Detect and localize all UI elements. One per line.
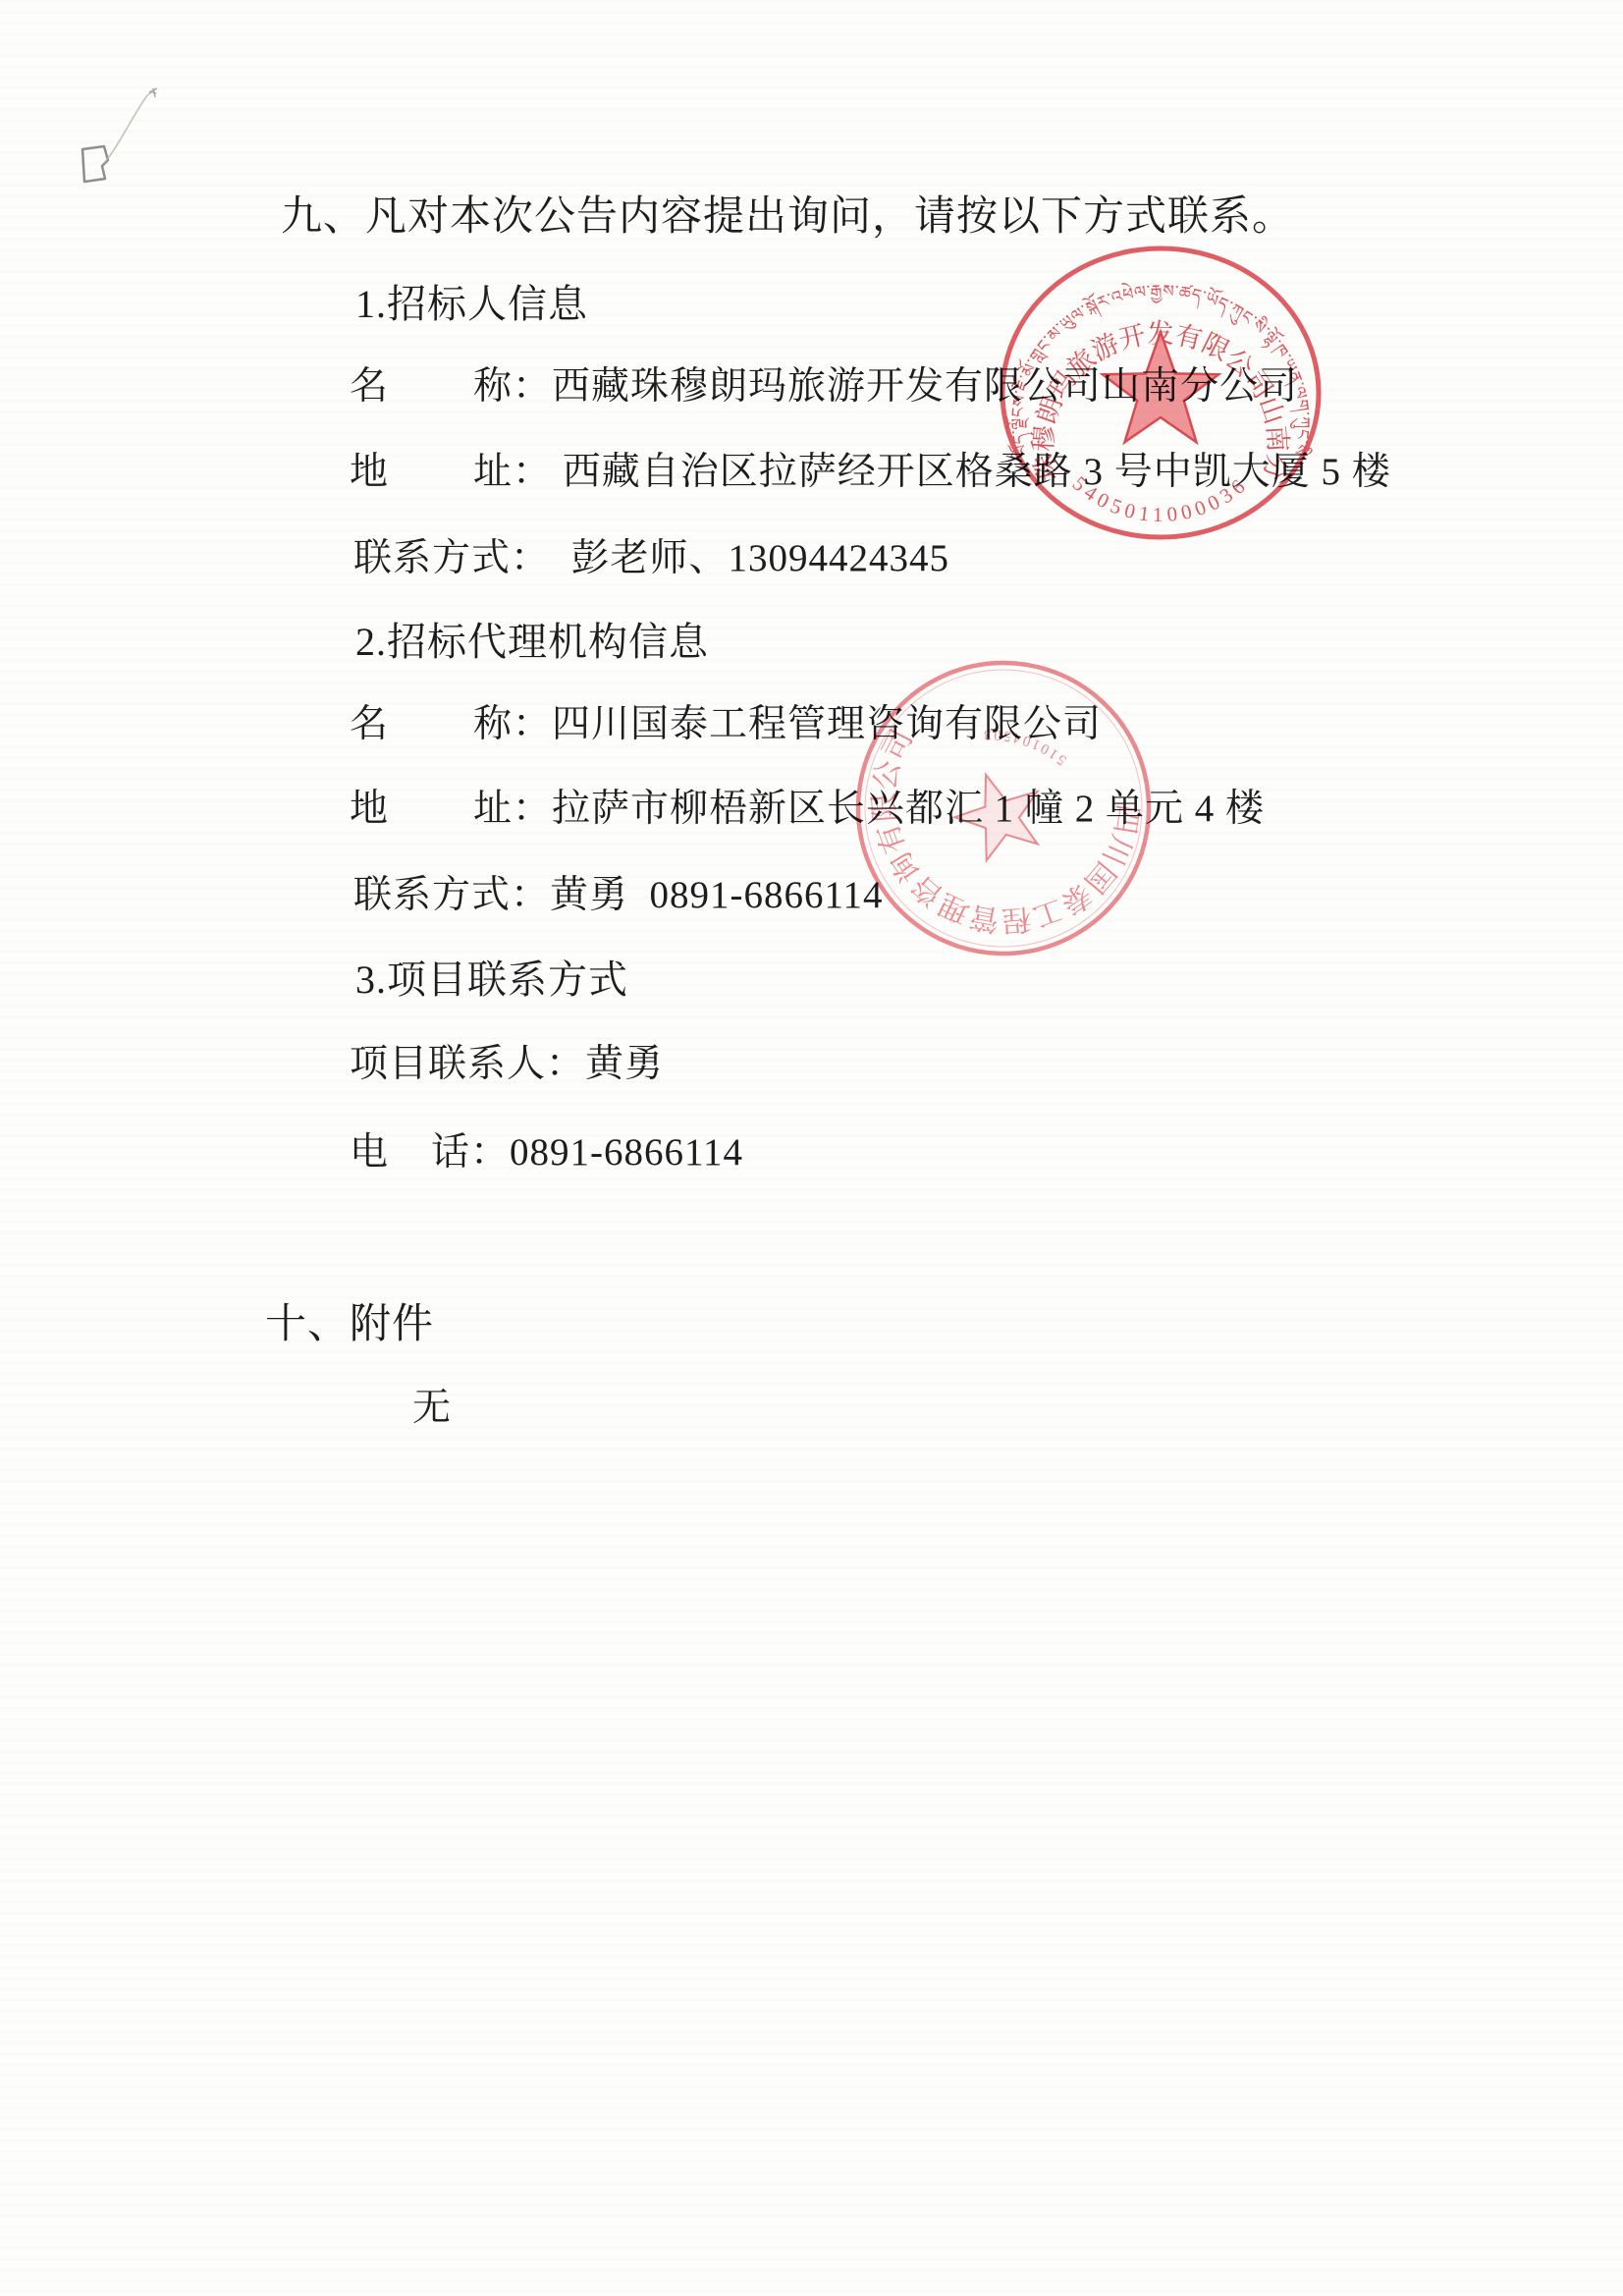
project-contact-title: 3.项目联系方式 bbox=[355, 960, 628, 1000]
bidder-info-title: 1.招标人信息 bbox=[355, 285, 588, 324]
project-phone-line: 电 话：0891-6866114 bbox=[350, 1133, 743, 1172]
agency-seal-company-name: 四川国泰工程管理咨询有限公司 bbox=[846, 723, 1149, 965]
agency-info-title: 2.招标代理机构信息 bbox=[355, 623, 709, 662]
agency-contact-line: 联系方式：黄勇 0891-6866114 bbox=[353, 876, 884, 914]
scanned-document-page: 九、凡对本次公告内容提出询问，请按以下方式联系。 1.招标人信息 名 称：西藏珠… bbox=[0, 0, 1623, 2296]
scan-artifact-mark bbox=[59, 69, 236, 206]
bidder-contact-line: 联系方式： 彭老师、13094424345 bbox=[353, 539, 949, 577]
section-10-heading: 十、附件 bbox=[265, 1304, 434, 1345]
bidder-name-line: 名 称：西藏珠穆朗玛旅游开发有限公司山南分公司 bbox=[350, 367, 1298, 406]
seal-company-name: 西藏珠穆朗玛旅游开发有限公司山南分公司 bbox=[984, 231, 1293, 483]
project-contact-person: 项目联系人：黄勇 bbox=[350, 1045, 664, 1083]
section-9-heading: 九、凡对本次公告内容提出询问，请按以下方式联系。 bbox=[281, 196, 1294, 238]
agency-name-line: 名 称：四川国泰工程管理咨询有限公司 bbox=[350, 705, 1102, 743]
svg-text:四川国泰工程管理咨询有限公司: 四川国泰工程管理咨询有限公司 bbox=[846, 723, 1149, 965]
agency-address-line: 地 址：拉萨市柳梧新区长兴都汇 1 幢 2 单元 4 楼 bbox=[350, 790, 1265, 828]
svg-text:西藏珠穆朗玛旅游开发有限公司山南分公司: 西藏珠穆朗玛旅游开发有限公司山南分公司 bbox=[984, 231, 1293, 483]
attachment-content: 无 bbox=[412, 1389, 452, 1427]
bidder-address-line: 地 址： 西藏自治区拉萨经开区格桑路 3 号中凯大厦 5 楼 bbox=[350, 453, 1391, 491]
